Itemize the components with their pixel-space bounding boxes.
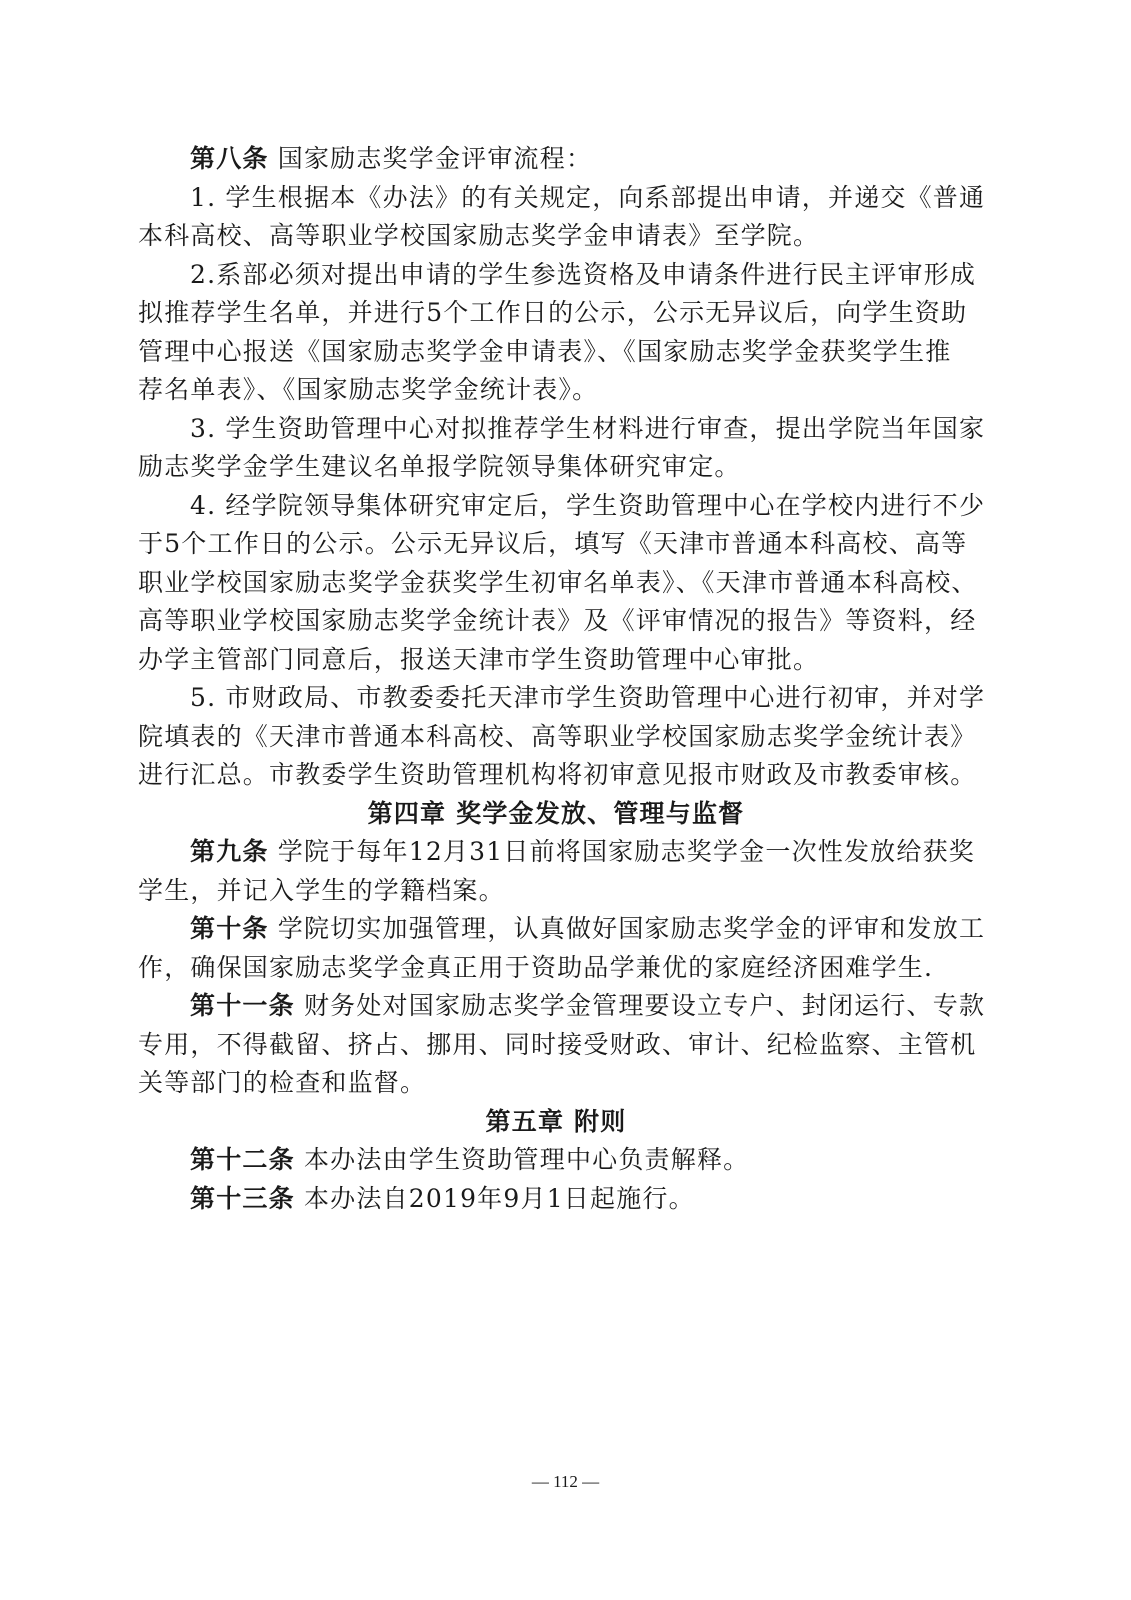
article-8-heading: 第八条 国家励志奖学金评审流程： (138, 140, 974, 179)
paragraph-line: 3. 学生资助管理中心对拟推荐学生材料进行审查，提出学院当年国家 (138, 410, 974, 449)
paragraph-line: 于5个工作日的公示。公示无异议后，填写《天津市普通本科高校、高等 (138, 525, 974, 564)
article-label: 第十二条 (190, 1145, 295, 1174)
article-label: 第九条 (190, 837, 269, 866)
article-text: 本办法自2019年9月1日起施行。 (295, 1184, 695, 1213)
article-13-heading: 第十三条 本办法自2019年9月1日起施行。 (138, 1180, 974, 1219)
article-11-heading: 第十一条 财务处对国家励志奖学金管理要设立专户、封闭运行、专款 (138, 987, 974, 1026)
paragraph-line: 高等职业学校国家励志奖学金统计表》及《评审情况的报告》等资料，经 (138, 602, 974, 641)
paragraph-line: 管理中心报送《国家励志奖学金申请表》、《国家励志奖学金获奖学生推 (138, 333, 974, 372)
article-text: 国家励志奖学金评审流程： (269, 144, 593, 173)
paragraph-line: 专用，不得截留、挤占、挪用、同时接受财政、审计、纪检监察、主管机 (138, 1026, 974, 1065)
page-number: — 112 — (0, 1472, 1131, 1492)
article-text: 本办法由学生资助管理中心负责解释。 (295, 1145, 750, 1174)
article-text: 学院切实加强管理，认真做好国家励志奖学金的评审和发放工 (269, 914, 986, 943)
article-label: 第十条 (190, 914, 269, 943)
paragraph-line: 5. 市财政局、市教委委托天津市学生资助管理中心进行初审，并对学 (138, 679, 974, 718)
paragraph-line: 院填表的《天津市普通本科高校、高等职业学校国家励志奖学金统计表》 (138, 718, 974, 757)
paragraph-line: 4. 经学院领导集体研究审定后，学生资助管理中心在学校内进行不少 (138, 487, 974, 526)
paragraph-line: 荐名单表》、《国家励志奖学金统计表》。 (138, 371, 974, 410)
paragraph-line: 关等部门的检查和监督。 (138, 1064, 974, 1103)
chapter-4-heading: 第四章 奖学金发放、管理与监督 (138, 795, 974, 834)
paragraph-line: 拟推荐学生名单，并进行5个工作日的公示，公示无异议后，向学生资助 (138, 294, 974, 333)
article-text: 学院于每年12月31日前将国家励志奖学金一次性发放给获奖 (269, 837, 975, 866)
paragraph-line: 办学主管部门同意后，报送天津市学生资助管理中心审批。 (138, 641, 974, 680)
paragraph-line: 进行汇总。市教委学生资助管理机构将初审意见报市财政及市教委审核。 (138, 756, 974, 795)
article-label: 第十三条 (190, 1184, 295, 1213)
paragraph-line: 作，确保国家励志奖学金真正用于资助品学兼优的家庭经济困难学生. (138, 949, 974, 988)
paragraph-line: 2.系部必须对提出申请的学生参选资格及申请条件进行民主评审形成 (138, 256, 974, 295)
article-label: 第八条 (190, 144, 269, 173)
document-body: 第八条 国家励志奖学金评审流程： 1. 学生根据本《办法》的有关规定，向系部提出… (138, 140, 974, 1218)
article-text: 财务处对国家励志奖学金管理要设立专户、封闭运行、专款 (295, 991, 985, 1020)
chapter-5-heading: 第五章 附则 (138, 1103, 974, 1142)
paragraph-line: 本科高校、高等职业学校国家励志奖学金申请表》至学院。 (138, 217, 974, 256)
article-10-heading: 第十条 学院切实加强管理，认真做好国家励志奖学金的评审和发放工 (138, 910, 974, 949)
article-9-heading: 第九条 学院于每年12月31日前将国家励志奖学金一次性发放给获奖 (138, 833, 974, 872)
paragraph-line: 励志奖学金学生建议名单报学院领导集体研究审定。 (138, 448, 974, 487)
article-label: 第十一条 (190, 991, 295, 1020)
article-12-heading: 第十二条 本办法由学生资助管理中心负责解释。 (138, 1141, 974, 1180)
paragraph-line: 职业学校国家励志奖学金获奖学生初审名单表》、《天津市普通本科高校、 (138, 564, 974, 603)
paragraph-line: 1. 学生根据本《办法》的有关规定，向系部提出申请，并递交《普通 (138, 179, 974, 218)
paragraph-line: 学生，并记入学生的学籍档案。 (138, 872, 974, 911)
